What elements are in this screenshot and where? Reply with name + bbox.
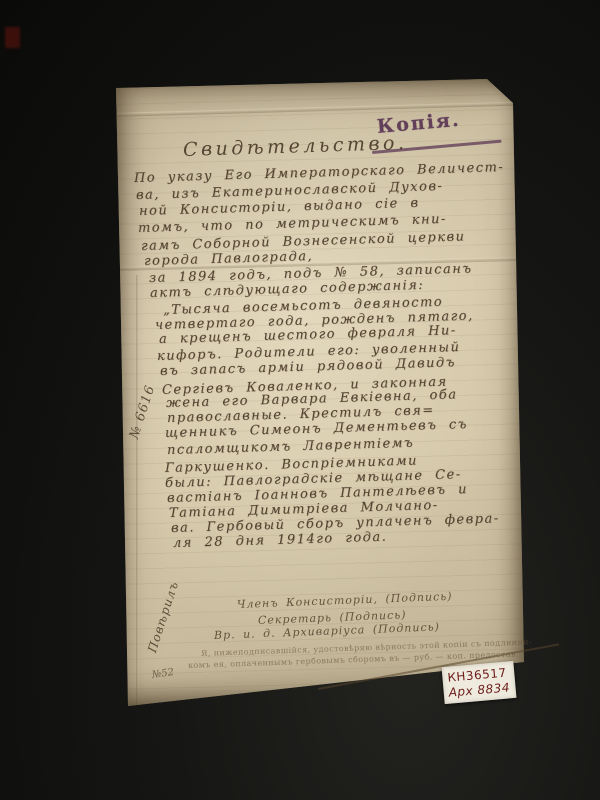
red-corner-mark — [5, 27, 20, 48]
archive-label-sticker: КН36517 Арх 8834 — [442, 661, 517, 704]
photo-background: Копія. Свидѣтельство. По указу Его Импер… — [0, 0, 600, 800]
